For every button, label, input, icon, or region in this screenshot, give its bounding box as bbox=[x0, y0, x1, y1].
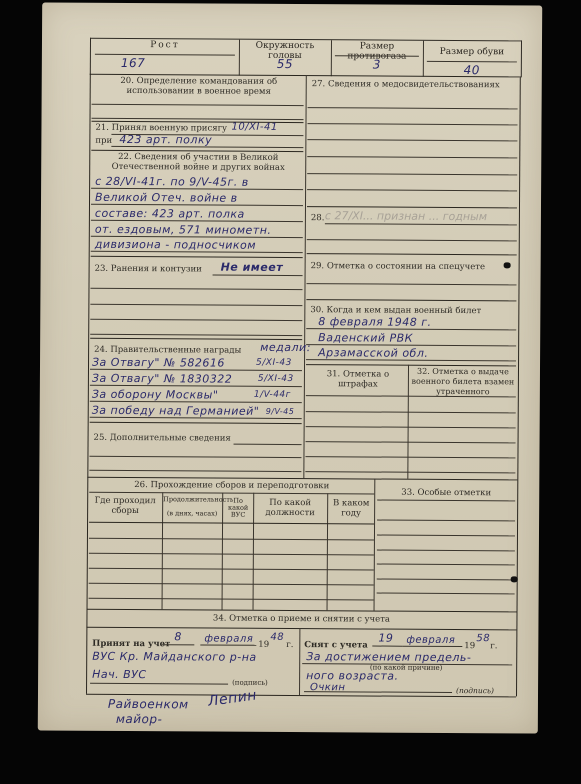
gas-mask-size-cell: Размер противогаза 3 bbox=[331, 40, 424, 77]
s27-label: 27. Сведения о медосвидетельствованиях bbox=[312, 79, 500, 90]
s33-label: 33. Особые отметки bbox=[377, 488, 515, 499]
s26-label: 26. Прохождение сборов и переподготовки bbox=[89, 480, 374, 492]
s26-col-position: По какой должности bbox=[254, 498, 326, 518]
s30-line-3: Арзамасской обл. bbox=[318, 346, 428, 360]
removed-year-g: г. bbox=[490, 641, 497, 651]
accepted-signature-label: (подпись) bbox=[232, 680, 268, 687]
s22-line-1: с 28/VI-41г. по 9/V-45г. в bbox=[95, 175, 249, 189]
s21-label: 21. Принял военную присягу bbox=[95, 123, 227, 134]
s23-label: 23. Ранения и контузии bbox=[95, 264, 202, 275]
s30-line-2: Ваденский РВК bbox=[318, 331, 413, 345]
punch-hole bbox=[504, 262, 511, 268]
accepted-label: Принят на учет bbox=[92, 639, 170, 649]
s22-line-2: Великой Отеч. войне в bbox=[95, 191, 238, 205]
shoe-size-header: Размер обуви bbox=[423, 47, 521, 58]
removed-signature: Очкин bbox=[310, 681, 345, 694]
award-3: За оборону Москвы" bbox=[92, 388, 219, 402]
height-cell: Рост 167 bbox=[91, 39, 240, 76]
s21-at-label: при bbox=[95, 136, 112, 146]
accepted-line-2: Нач. ВУС bbox=[92, 668, 147, 681]
s22-line-3: составе: 423 арт. полка bbox=[95, 207, 245, 221]
removed-day: 19 bbox=[378, 632, 393, 645]
footer-line-2: майор- bbox=[116, 713, 163, 726]
gas-mask-size-value: 3 bbox=[331, 57, 423, 72]
accepted-year-prefix: 19 bbox=[258, 640, 269, 650]
s21-date: 10/XI-41 bbox=[231, 121, 277, 134]
registration-card: Рост 167 Окружность головы 55 Размер про… bbox=[38, 2, 542, 733]
s29-label: 29. Отметка о состоянии на спецучете bbox=[311, 261, 485, 272]
s26-col-duration: Продолжительность bbox=[163, 496, 221, 503]
shoe-size-cell: Размер обуви 40 bbox=[423, 41, 521, 78]
accepted-line-1: ВУС Кр. Майданского р-на bbox=[92, 650, 257, 664]
s24-value: медали: bbox=[260, 341, 311, 354]
accepted-year-suffix: 48 bbox=[270, 631, 284, 644]
s22-line-5: дивизиона - подносчиком bbox=[95, 238, 256, 252]
award-1: За Отвагу" № 582616 bbox=[92, 356, 225, 370]
s24-label: 24. Правительственные награды bbox=[94, 345, 241, 356]
award-1-date: 5/XI-43 bbox=[256, 357, 292, 370]
s22-label: 22. Сведения об участии в Великой Отечес… bbox=[93, 152, 303, 173]
award-2-date: 5/XI-43 bbox=[258, 373, 294, 386]
card-form: Рост 167 Окружность головы 55 Размер про… bbox=[90, 38, 520, 41]
s31-label: 31. Отметка о штрафах bbox=[310, 369, 406, 390]
s26-col-duration-unit: (в днях, часах) bbox=[163, 510, 221, 517]
measurements-table: Рост 167 Окружность головы 55 Размер про… bbox=[90, 38, 522, 78]
s28-value: с 27/XI... признан ... годным bbox=[325, 209, 487, 223]
footer-signature: Лепин bbox=[207, 689, 257, 708]
head-circumference-value: 55 bbox=[239, 57, 331, 72]
accepted-year-g: г. bbox=[286, 640, 293, 650]
removed-year-suffix: 58 bbox=[476, 632, 490, 645]
footer-line-1: Райвоенком bbox=[108, 698, 189, 711]
s26-col-year: В каком году bbox=[328, 498, 374, 518]
s25-label: 25. Дополнительные сведения bbox=[94, 433, 231, 444]
s26-col-vus: По какой ВУС bbox=[223, 498, 253, 519]
accepted-day: 8 bbox=[174, 630, 182, 643]
head-circumference-cell: Окружность головы 55 bbox=[239, 40, 332, 77]
award-4: За победу над Германией" bbox=[92, 404, 260, 418]
removed-signature-label: (подпись) bbox=[456, 687, 494, 694]
s30-line-1: 8 февраля 1948 г. bbox=[318, 315, 431, 329]
s22-line-4: от. ездовым, 571 минометн. bbox=[95, 223, 272, 237]
height-header: Рост bbox=[91, 40, 239, 51]
punch-hole bbox=[511, 576, 518, 582]
award-2: За Отвагу" № 1830322 bbox=[92, 372, 232, 386]
s23-value: Не имеет bbox=[221, 261, 284, 274]
s20-label: 20. Определение командования об использо… bbox=[94, 76, 304, 97]
s34-label: 34. Отметка о приеме и снятии с учета bbox=[86, 613, 516, 626]
height-value: 167 bbox=[121, 56, 239, 71]
s32-label: 32. Отметка о выдаче военного билета вза… bbox=[410, 367, 516, 398]
award-3-date: 1/V-44г bbox=[254, 389, 291, 402]
s28-label: 28. bbox=[311, 213, 325, 223]
removed-label: Снят с учета bbox=[304, 640, 368, 650]
s26-col-where: Где проходил сборы bbox=[89, 496, 161, 516]
removed-year-prefix: 19 bbox=[464, 641, 475, 651]
award-4-date: 9/V-45 bbox=[266, 405, 295, 418]
removed-line-1: За достижением предель- bbox=[306, 650, 471, 664]
